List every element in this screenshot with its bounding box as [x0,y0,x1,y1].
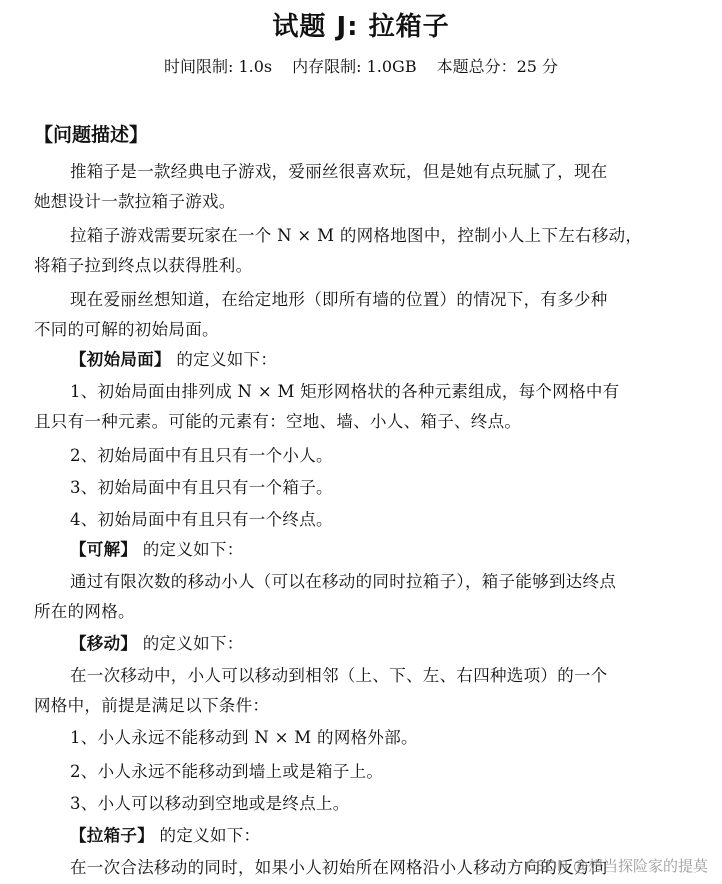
definition-label: 【移动】 [70,634,137,653]
memory-limit: 内存限制: 1.0GB [292,57,416,76]
paragraph-line: 拉箱子游戏需要玩家在一个 N × M 的网格地图中，控制小人上下左右移动， [70,222,642,246]
section-heading-problem-description: 【问题描述】 [34,120,148,147]
problem-title: 试题 J: 拉箱子 [0,6,722,43]
definition-suffix: 的定义如下： [137,540,243,559]
watermark: CSDN @想当探险家的提莫 [525,855,708,876]
paragraph-line: 将箱子拉到终点以获得胜利。 [34,252,252,276]
definition-line: 所在的网格。 [34,598,135,622]
total-score: 本题总分：25 分 [437,57,558,76]
definition-line: 通过有限次数的移动小人（可以在移动的同时拉箱子），箱子能够到达终点 [70,568,616,592]
definition-line: 4、初始局面中有且只有一个终点。 [70,506,333,530]
problem-meta: 时间限制: 1.0s内存限制: 1.0GB本题总分：25 分 [0,54,722,77]
definition-suffix: 的定义如下： [154,826,260,845]
definition-label: 【可解】 [70,540,137,559]
paragraph-line: 她想设计一款拉箱子游戏。 [34,188,236,212]
definition-line: 1、小人永远不能移动到 N × M 的网格外部。 [70,724,418,748]
paragraph-line: 现在爱丽丝想知道，在给定地形（即所有墙的位置）的情况下，有多少种 [70,286,608,310]
definition-line: 在一次移动中，小人可以移动到相邻（上、下、左、右四种选项）的一个 [70,662,608,686]
paragraph-line: 推箱子是一款经典电子游戏，爱丽丝很喜欢玩，但是她有点玩腻了，现在 [70,158,608,182]
time-limit: 时间限制: 1.0s [164,57,272,76]
definition-heading-solvable: 【可解】 的定义如下： [70,536,244,560]
definition-label: 【初始局面】 [70,350,171,369]
definition-line: 2、小人永远不能移动到墙上或是箱子上。 [70,758,383,782]
definition-line: 且只有一种元素。可能的元素有：空地、墙、小人、箱子、终点。 [34,408,521,432]
definition-label: 【拉箱子】 [70,826,154,845]
definition-heading-initial-state: 【初始局面】 的定义如下： [70,346,277,370]
definition-line: 1、初始局面由排列成 N × M 矩形网格状的各种元素组成，每个网格中有 [70,378,619,402]
definition-line: 网格中，前提是满足以下条件： [34,692,269,716]
paragraph-line: 不同的可解的初始局面。 [34,316,219,340]
definition-line: 3、小人可以移动到空地或是终点上。 [70,790,350,814]
definition-suffix: 的定义如下： [171,350,277,369]
definition-heading-pull-box: 【拉箱子】 的定义如下： [70,822,260,846]
definition-suffix: 的定义如下： [137,634,243,653]
definition-heading-move: 【移动】 的定义如下： [70,630,244,654]
definition-line: 2、初始局面中有且只有一个小人。 [70,442,333,466]
definition-line: 3、初始局面中有且只有一个箱子。 [70,474,333,498]
